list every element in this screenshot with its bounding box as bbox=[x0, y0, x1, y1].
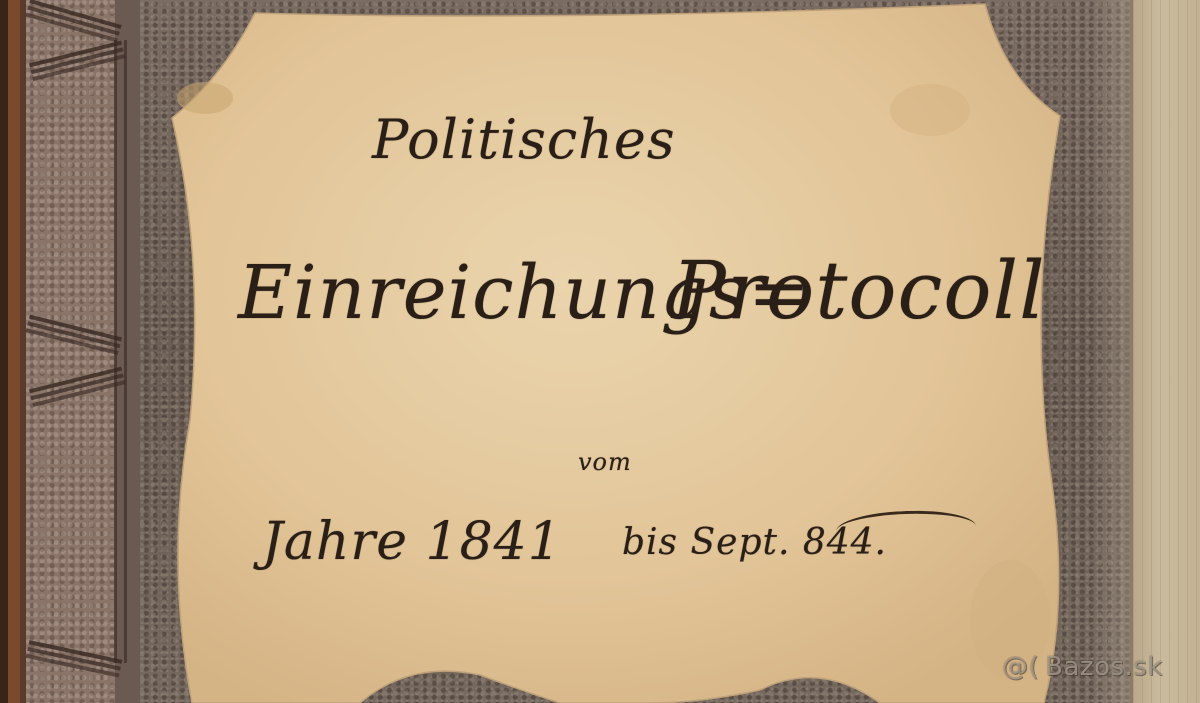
photo-scene: Politisches Einreichungs= Protocoll vom … bbox=[0, 0, 1200, 703]
watermark: @(Bazos.sk bbox=[1002, 652, 1163, 682]
watermark-text: Bazos.sk bbox=[1045, 652, 1163, 682]
label-line-politisches: Politisches bbox=[372, 108, 676, 171]
label-line-protocoll: Protocoll bbox=[672, 244, 1046, 337]
label-line-jahre-1841: Jahre 1841 bbox=[262, 512, 562, 572]
label-shape bbox=[0, 0, 1200, 703]
label-line-vom: vom bbox=[578, 448, 632, 476]
paper-label: Politisches Einreichungs= Protocoll vom … bbox=[0, 0, 1200, 703]
bazos-logo-icon: @( bbox=[1002, 652, 1039, 682]
